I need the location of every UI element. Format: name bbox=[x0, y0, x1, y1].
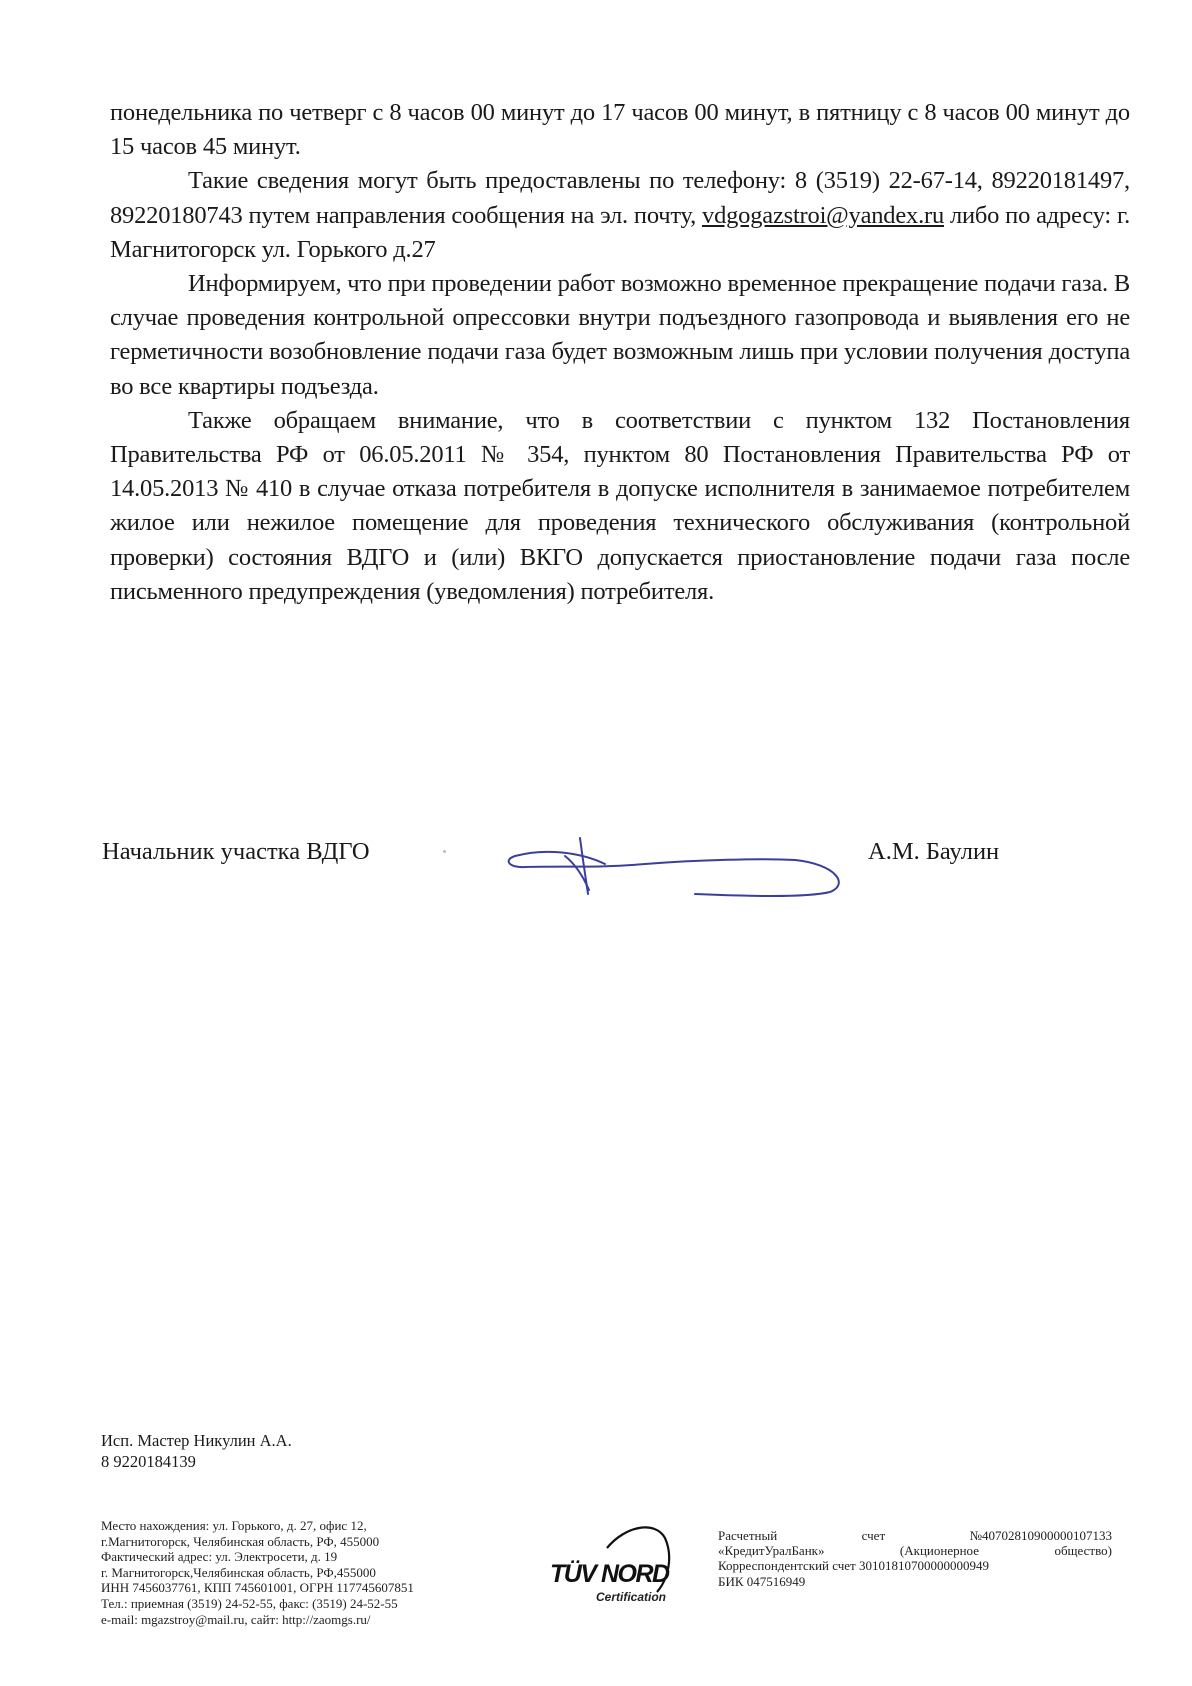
handwritten-signature-icon bbox=[505, 824, 845, 904]
footer-line: Место нахождения: ул. Горького, д. 27, о… bbox=[101, 1518, 526, 1534]
executor-info: Исп. Мастер Никулин А.А. 8 9220184139 bbox=[101, 1430, 292, 1472]
bik-code: БИК 047516949 bbox=[718, 1574, 1112, 1589]
bank-account-number: №40702810900000107133 bbox=[970, 1528, 1112, 1543]
scan-speck bbox=[443, 850, 446, 853]
signer-position: Начальник участка ВДГО bbox=[102, 838, 370, 866]
bank-name: общество) bbox=[1054, 1543, 1112, 1558]
footer-line: Тел.: приемная (3519) 24-52-55, факс: (3… bbox=[101, 1596, 526, 1612]
footer-company-details: Место нахождения: ул. Горького, д. 27, о… bbox=[101, 1518, 526, 1627]
paragraph-working-hours: понедельника по четверг с 8 часов 00 мин… bbox=[110, 96, 1130, 164]
document-page: понедельника по четверг с 8 часов 00 мин… bbox=[0, 0, 1192, 1686]
bank-name: (Акционерное bbox=[900, 1543, 979, 1558]
bank-label: счет bbox=[862, 1528, 886, 1543]
paragraph-legal-notice: Также обращаем внимание, что в соответст… bbox=[110, 404, 1130, 609]
logo-subtitle: Certification bbox=[596, 1590, 666, 1604]
paragraph-contacts: Такие сведения могут быть предоставлены … bbox=[110, 164, 1130, 267]
paragraph-gas-interruption: Информируем, что при проведении работ во… bbox=[110, 267, 1130, 404]
logo-wordmark: TÜV NORD bbox=[550, 1560, 669, 1589]
bank-name-line: «КредитУралБанк» (Акционерное общество) bbox=[718, 1543, 1112, 1558]
bank-name: «КредитУралБанк» bbox=[718, 1543, 824, 1558]
footer-bank-details: Расчетный счет №40702810900000107133 «Кр… bbox=[718, 1528, 1112, 1589]
letter-body: понедельника по четверг с 8 часов 00 мин… bbox=[110, 96, 1130, 609]
correspondent-account: Корреспондентский счет 30101810700000000… bbox=[718, 1558, 1112, 1573]
footer-line: г.Магнитогорск, Челябинская область, РФ,… bbox=[101, 1534, 526, 1550]
bank-label: Расчетный bbox=[718, 1528, 777, 1543]
signature-row: Начальник участка ВДГО А.М. Баулин bbox=[0, 838, 1192, 918]
tuv-nord-logo: TÜV NORD Certification bbox=[545, 1518, 695, 1613]
footer-line: г. Магнитогорск,Челябинская область, РФ,… bbox=[101, 1565, 526, 1581]
footer-line: e-mail: mgazstroy@mail.ru, сайт: http://… bbox=[101, 1612, 526, 1628]
footer-line: ИНН 7456037761, КПП 745601001, ОГРН 1177… bbox=[101, 1580, 526, 1596]
executor-name: Исп. Мастер Никулин А.А. bbox=[101, 1430, 292, 1451]
bank-account-line: Расчетный счет №40702810900000107133 bbox=[718, 1528, 1112, 1543]
footer-line: Фактический адрес: ул. Электросети, д. 1… bbox=[101, 1549, 526, 1565]
executor-phone: 8 9220184139 bbox=[101, 1451, 292, 1472]
email-link[interactable]: vdgogazstroi@yandex.ru bbox=[702, 202, 944, 229]
signer-name: А.М. Баулин bbox=[868, 838, 999, 866]
